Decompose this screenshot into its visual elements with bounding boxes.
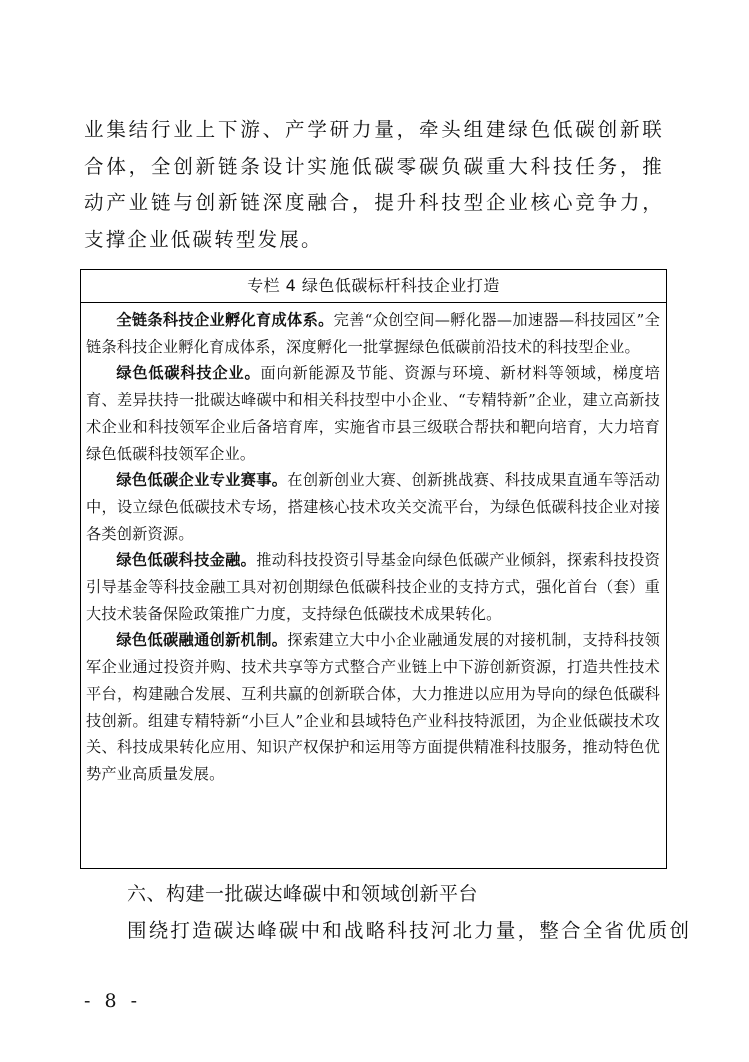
box-item-heading: 绿色低碳融通创新机制。 <box>116 631 287 649</box>
page-number: - 8 - <box>84 990 141 1012</box>
box-item-heading: 绿色低碳科技企业。 <box>116 364 260 382</box>
section-heading: 六、构建一批碳达峰碳中和领域创新平台 <box>127 880 478 908</box>
box-item: 全链条科技企业孵化育成体系。完善“众创空间—孵化器—加速器—科技园区”全链条科技… <box>86 307 660 360</box>
section-body: 围绕打造碳达峰碳中和战略科技河北力量，整合全省优质创 <box>127 916 691 946</box>
box-item: 绿色低碳科技金融。推动科技投资引导基金向绿色低碳产业倾斜，探索科技投资引导基金等… <box>86 547 660 627</box>
box-item-heading: 绿色低碳企业专业赛事。 <box>116 471 287 489</box>
column-box-body: 全链条科技企业孵化育成体系。完善“众创空间—孵化器—加速器—科技园区”全链条科技… <box>81 303 666 788</box>
box-item-heading: 绿色低碳科技金融。 <box>116 551 256 569</box>
column-box-title: 专栏 4 绿色低碳标杆科技企业打造 <box>81 270 666 303</box>
intro-paragraph: 业集结行业上下游、产学研力量，牵头组建绿色低碳创新联合体，全创新链条设计实施低碳… <box>84 112 664 258</box>
box-item: 绿色低碳企业专业赛事。在创新创业大赛、创新挑战赛、科技成果直通车等活动中，设立绿… <box>86 467 660 547</box>
box-item-heading: 全链条科技企业孵化育成体系。 <box>116 311 333 329</box>
column-box: 专栏 4 绿色低碳标杆科技企业打造 全链条科技企业孵化育成体系。完善“众创空间—… <box>80 269 667 869</box>
box-item: 绿色低碳科技企业。面向新能源及节能、资源与环境、新材料等领域，梯度培育、差异扶持… <box>86 360 660 467</box>
box-item: 绿色低碳融通创新机制。探索建立大中小企业融通发展的对接机制，支持科技领军企业通过… <box>86 627 660 787</box>
box-item-text: 探索建立大中小企业融通发展的对接机制，支持科技领军企业通过投资并购、技术共享等方… <box>86 631 660 783</box>
